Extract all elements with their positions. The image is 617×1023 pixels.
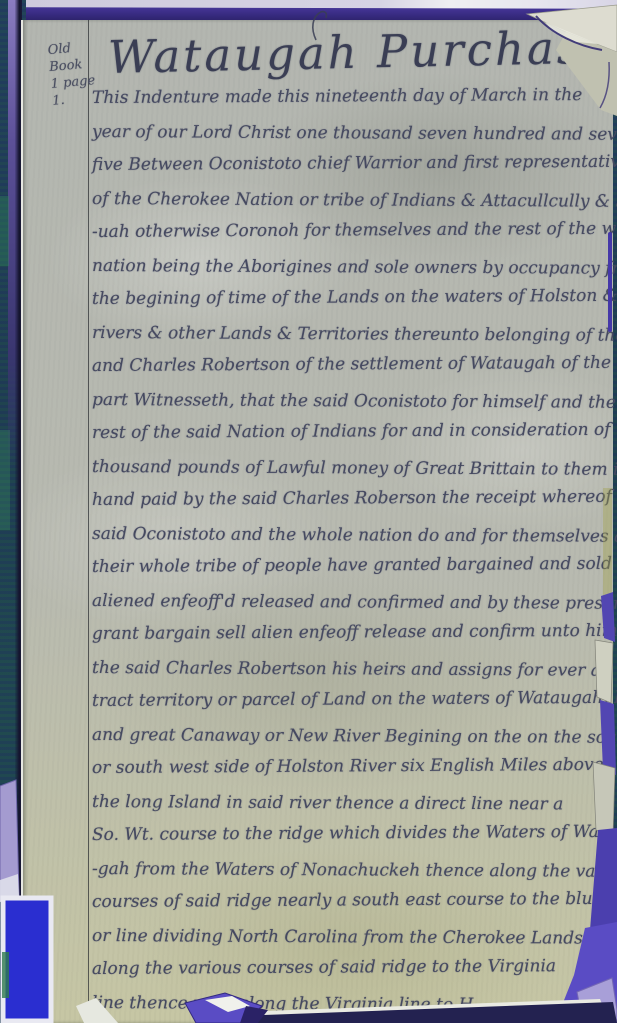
handwritten-line: -uah otherwise Coronoh for themselves an… — [92, 219, 608, 256]
page-title: Wataugah Purchase — [107, 21, 578, 84]
handwritten-line: along the various courses of said ridge … — [92, 956, 608, 993]
scanned-document-page: Old Book 1 page 1. Wataugah Purchase Thi… — [0, 0, 617, 1023]
manuscript-body: This Indenture made this nineteenth day … — [92, 88, 608, 1023]
handwritten-line: or south west side of Holston River six … — [92, 755, 608, 792]
handwritten-line: This Indenture made this nineteenth day … — [92, 85, 608, 122]
margin-rule-line — [88, 20, 89, 1023]
handwritten-line: courses of said ridge nearly a south eas… — [92, 889, 608, 926]
handwritten-line: line thence west along the Virginia line… — [92, 993, 608, 1023]
handwritten-line: tract territory or parcel of Land on the… — [92, 688, 608, 725]
handwritten-line: rest of the said Nation of Indians for a… — [92, 420, 608, 457]
margin-note-line1: Old Book — [47, 38, 96, 76]
handwritten-line: So. Wt. course to the ridge which divide… — [92, 822, 608, 859]
handwritten-line: and Charles Robertson of the settlement … — [92, 353, 608, 390]
handwritten-line: their whole tribe of people have granted… — [92, 554, 608, 591]
handwritten-line: hand paid by the said Charles Roberson t… — [92, 487, 608, 524]
handwritten-line: the begining of time of the Lands on the… — [92, 286, 608, 323]
handwritten-line: five Between Oconistoto chief Warrior an… — [92, 152, 608, 189]
handwritten-line: grant bargain sell alien enfeoff release… — [92, 621, 608, 658]
